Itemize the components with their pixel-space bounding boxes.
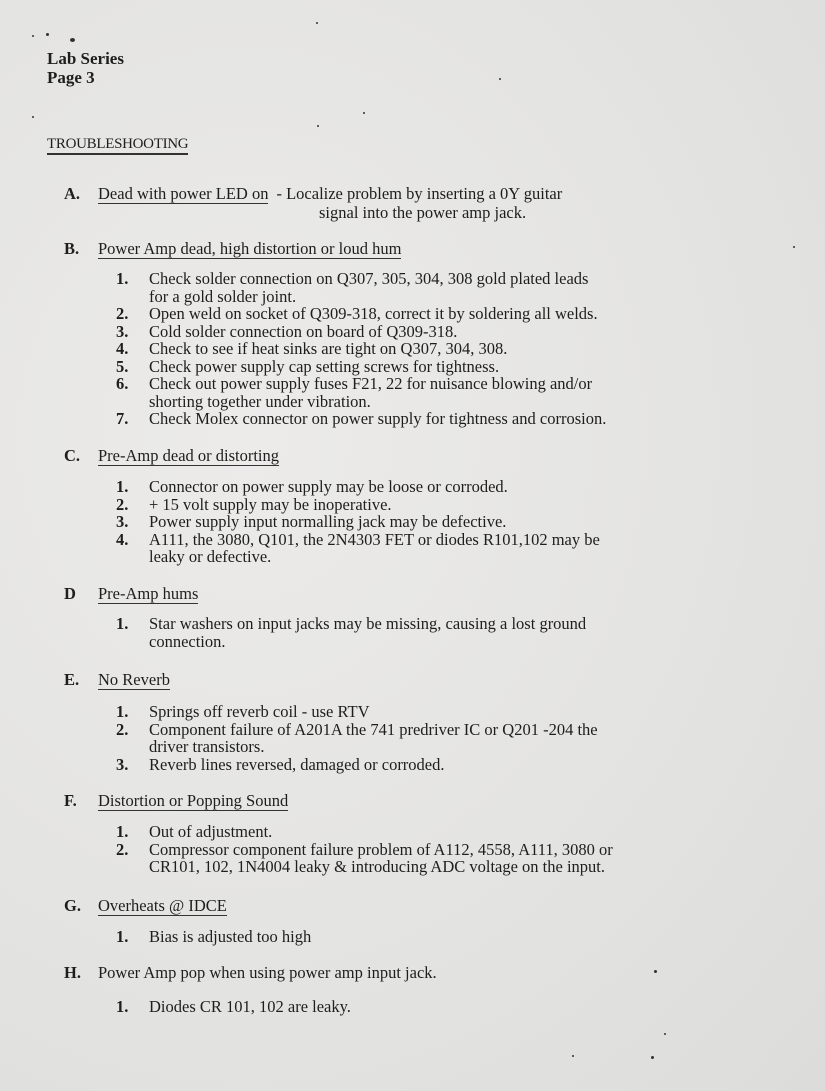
section-note: - Localize problem by inserting a 0Y gui… [276, 184, 562, 203]
paper-speck [317, 125, 319, 127]
paper-speck [654, 970, 657, 973]
paper-speck [664, 1033, 666, 1035]
paper-speck [651, 1056, 654, 1059]
section-title: Pre-Amp hums [98, 584, 198, 604]
list-item: 2.Component failure of A201A the 741 pre… [116, 721, 598, 756]
list-item: 4.Check to see if heat sinks are tight o… [116, 340, 606, 358]
list-item: 3.Reverb lines reversed, damaged or corr… [116, 756, 598, 774]
list-item: 1.Springs off reverb coil - use RTV [116, 703, 598, 721]
paper-speck [572, 1055, 574, 1057]
section-title: Power Amp pop when using power amp input… [98, 963, 437, 982]
section-f-heading: F.Distortion or Popping Sound [64, 791, 288, 811]
paper-speck [32, 116, 34, 118]
section-title: No Reverb [98, 670, 170, 690]
section-title: Distortion or Popping Sound [98, 791, 288, 811]
section-b-heading: B.Power Amp dead, high distortion or lou… [64, 239, 401, 259]
document-header: Lab Series Page 3 [47, 49, 124, 87]
list-item: 3.Power supply input normalling jack may… [116, 513, 600, 531]
list-item: 1.Star washers on input jacks may be mis… [116, 615, 586, 650]
list-item: 2.Open weld on socket of Q309-318, corre… [116, 305, 606, 323]
paper-speck [499, 78, 501, 80]
paper-speck [46, 33, 49, 36]
section-b-list: 1.Check solder connection on Q307, 305, … [116, 270, 606, 428]
section-letter: G. [64, 896, 98, 916]
list-item: 1.Diodes CR 101, 102 are leaky. [116, 998, 351, 1016]
list-item: 3.Cold solder connection on board of Q30… [116, 323, 606, 341]
list-item: 1.Bias is adjusted too high [116, 928, 311, 946]
list-item: 1.Connector on power supply may be loose… [116, 478, 600, 496]
list-item: 1.Out of adjustment. [116, 823, 613, 841]
list-item: 5.Check power supply cap setting screws … [116, 358, 606, 376]
paper-speck [793, 246, 795, 248]
list-item: 2.+ 15 volt supply may be inoperative. [116, 496, 600, 514]
section-letter: E. [64, 670, 98, 690]
section-a-heading: A.Dead with power LED on- Localize probl… [64, 184, 562, 204]
section-letter: F. [64, 791, 98, 811]
section-title: Pre-Amp dead or distorting [98, 446, 279, 466]
section-letter: B. [64, 239, 98, 259]
section-h-list: 1.Diodes CR 101, 102 are leaky. [116, 998, 351, 1016]
page-title: TROUBLESHOOTING [47, 136, 188, 155]
section-title: Overheats @ IDCE [98, 896, 227, 916]
section-g-heading: G.Overheats @ IDCE [64, 896, 227, 916]
list-item: 6.Check out power supply fuses F21, 22 f… [116, 375, 606, 410]
list-item: 7.Check Molex connector on power supply … [116, 410, 606, 428]
section-note-continued: signal into the power amp jack. [319, 203, 526, 223]
section-title: Power Amp dead, high distortion or loud … [98, 239, 401, 259]
document-page: Lab Series Page 3 TROUBLESHOOTING A.Dead… [0, 0, 825, 1091]
header-page-number: Page 3 [47, 68, 124, 87]
list-item: 4.A111, the 3080, Q101, the 2N4303 FET o… [116, 531, 600, 566]
section-d-list: 1.Star washers on input jacks may be mis… [116, 615, 586, 650]
section-title: Dead with power LED on [98, 184, 268, 204]
section-c-list: 1.Connector on power supply may be loose… [116, 478, 600, 566]
section-c-heading: C.Pre-Amp dead or distorting [64, 446, 279, 466]
paper-speck [363, 112, 365, 114]
section-letter: D [64, 584, 98, 604]
paper-speck [316, 22, 318, 24]
section-g-list: 1.Bias is adjusted too high [116, 928, 311, 946]
header-series: Lab Series [47, 49, 124, 68]
list-item: 1.Check solder connection on Q307, 305, … [116, 270, 606, 305]
paper-speck [70, 38, 75, 42]
section-f-list: 1.Out of adjustment. 2.Compressor compon… [116, 823, 613, 876]
section-e-list: 1.Springs off reverb coil - use RTV 2.Co… [116, 703, 598, 773]
section-h-heading: H.Power Amp pop when using power amp inp… [64, 963, 437, 983]
section-letter: A. [64, 184, 98, 204]
section-letter: C. [64, 446, 98, 466]
paper-speck [32, 35, 34, 37]
section-letter: H. [64, 963, 98, 983]
section-e-heading: E.No Reverb [64, 670, 170, 690]
list-item: 2.Compressor component failure problem o… [116, 841, 613, 876]
section-d-heading: DPre-Amp hums [64, 584, 198, 604]
